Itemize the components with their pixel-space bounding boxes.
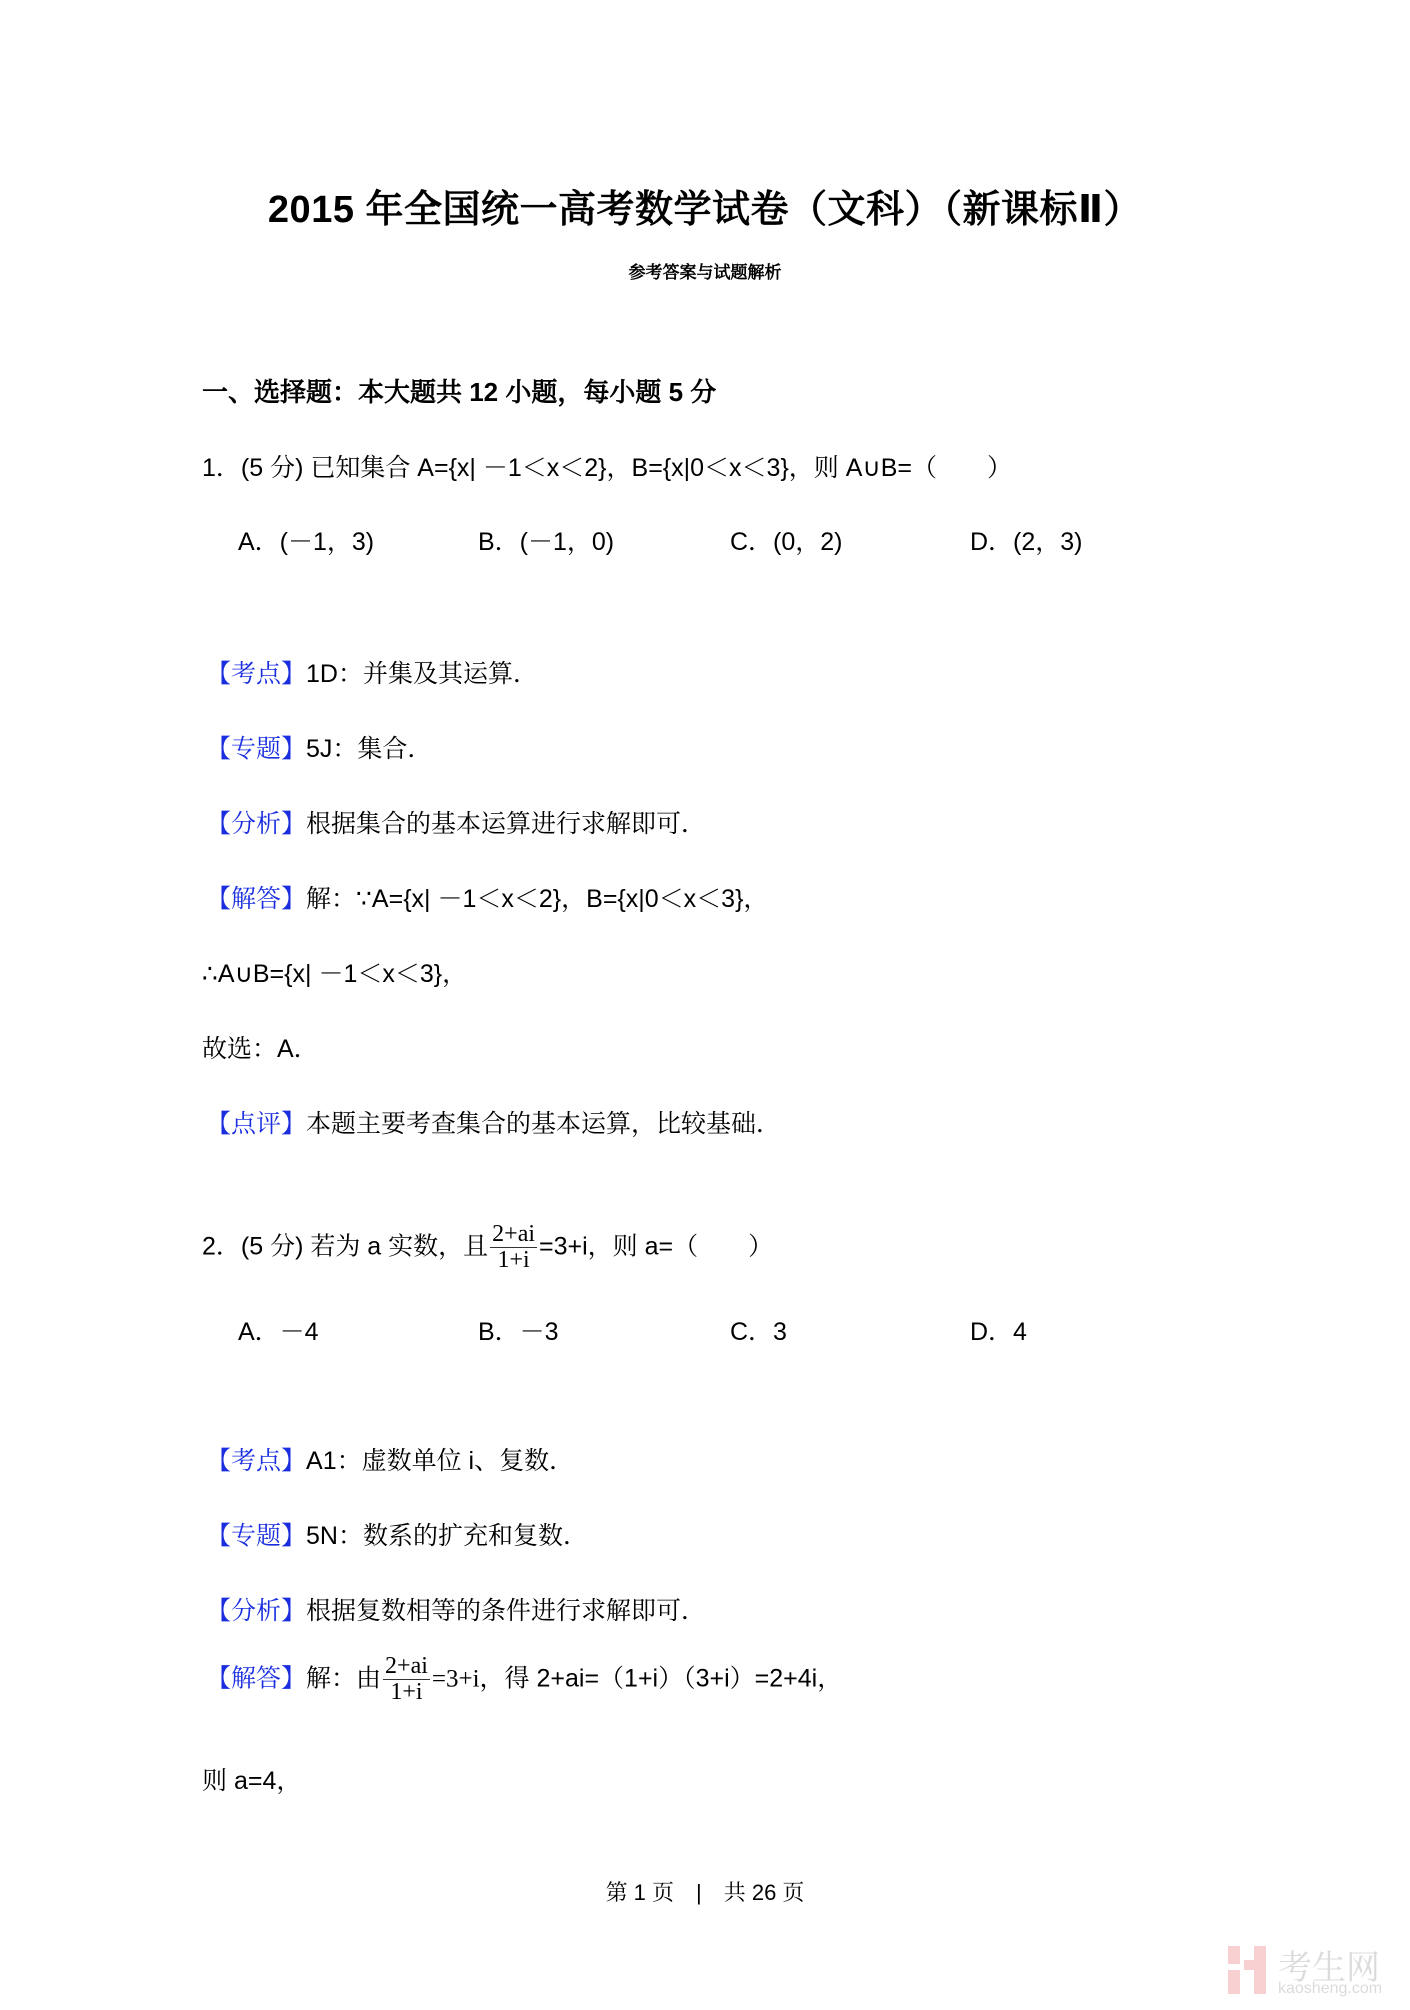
question-1-jieda: 【解答】解：∵A={x| －1＜x＜2}，B={x|0＜x＜3}， <box>206 879 768 915</box>
kaosheng-logo-icon <box>1228 1946 1266 1994</box>
jieda-text: 解：∵A={x| －1＜x＜2}，B={x|0＜x＜3}， <box>306 885 768 913</box>
watermark: 考生网 kaosheng.com <box>1228 1940 1408 2006</box>
question-2-stem: 2．(5 分) 若为 a 实数，且2+ai1+i=3+i，则 a=（ ） <box>202 1222 773 1273</box>
zhuanti-text: 5N：数系的扩充和复数． <box>306 1522 588 1550</box>
fenxi-text: 根据集合的基本运算进行求解即可． <box>306 810 706 838</box>
kaodian-tag: 【考点】 <box>206 660 306 688</box>
jieda-prefix: 解：由 <box>306 1664 381 1692</box>
question-1-option-a: A．(－1，3) <box>238 522 374 558</box>
question-1-fenxi: 【分析】根据集合的基本运算进行求解即可． <box>206 804 706 840</box>
document-title: 2015 年全国统一高考数学试卷（文科）（新课标Ⅱ） <box>0 178 1410 233</box>
section-heading: 一、选择题：本大题共 12 小题，每小题 5 分 <box>202 372 716 409</box>
question-2-jieda-line-2: 则 a=4， <box>202 1761 301 1797</box>
dianping-text: 本题主要考查集合的基本运算，比较基础． <box>306 1110 781 1138</box>
question-2-option-b: B．－3 <box>478 1312 559 1348</box>
fraction-numerator: 2+ai <box>490 1222 537 1248</box>
zhuanti-tag: 【专题】 <box>206 1522 306 1550</box>
dianping-tag: 【点评】 <box>206 1110 306 1138</box>
fenxi-tag: 【分析】 <box>206 1597 306 1625</box>
question-1-option-b: B．(－1，0) <box>478 522 614 558</box>
question-1-kaodian: 【考点】1D：并集及其运算． <box>206 654 538 690</box>
fenxi-text: 根据复数相等的条件进行求解即可． <box>306 1597 706 1625</box>
jieda-tag: 【解答】 <box>206 1664 306 1692</box>
question-2-jieda: 【解答】解：由2+ai1+i=3+i，得 2+ai=（1+i）（3+i）=2+4… <box>206 1654 842 1705</box>
kaodian-text: A1：虚数单位 i、复数． <box>306 1447 574 1475</box>
question-2-option-a: A．－4 <box>238 1312 319 1348</box>
question-1-option-d: D．(2，3) <box>970 522 1083 558</box>
question-2-stem-prefix: 2．(5 分) 若为 a 实数，且 <box>202 1232 488 1260</box>
question-1-zhuanti: 【专题】5J：集合． <box>206 729 432 765</box>
question-1-stem: 1．(5 分) 已知集合 A={x| －1＜x＜2}，B={x|0＜x＜3}，则… <box>202 448 1012 484</box>
fraction: 2+ai1+i <box>490 1222 537 1273</box>
question-1-option-c: C．(0，2) <box>730 522 843 558</box>
document-subtitle: 参考答案与试题解析 <box>0 258 1410 283</box>
jieda-suffix: ，得 2+ai=（1+i）（3+i）=2+4i， <box>480 1664 843 1692</box>
fenxi-tag: 【分析】 <box>206 810 306 838</box>
jieda-tag: 【解答】 <box>206 885 306 913</box>
watermark-en: kaosheng.com <box>1278 1980 1382 1998</box>
question-1-jieda-line-2: ∴A∪B={x| －1＜x＜3}， <box>202 954 467 990</box>
question-2-option-c: C．3 <box>730 1312 787 1348</box>
question-1-dianping: 【点评】本题主要考查集合的基本运算，比较基础． <box>206 1104 781 1140</box>
question-2-kaodian: 【考点】A1：虚数单位 i、复数． <box>206 1441 574 1477</box>
question-2-option-d: D．4 <box>970 1312 1027 1348</box>
kaodian-tag: 【考点】 <box>206 1447 306 1475</box>
fraction-numerator: 2+ai <box>383 1654 430 1680</box>
question-2-fenxi: 【分析】根据复数相等的条件进行求解即可． <box>206 1591 706 1627</box>
zhuanti-text: 5J：集合． <box>306 735 432 763</box>
question-2-stem-suffix: =3+i，则 a=（ ） <box>539 1232 773 1260</box>
fraction-denominator: 1+i <box>383 1680 430 1705</box>
fraction-denominator: 1+i <box>490 1248 537 1273</box>
question-2-zhuanti: 【专题】5N：数系的扩充和复数． <box>206 1516 588 1552</box>
fraction: 2+ai1+i <box>383 1654 430 1705</box>
page-number: 第 1 页 | 共 26 页 <box>0 1876 1410 1907</box>
kaodian-text: 1D：并集及其运算． <box>306 660 538 688</box>
zhuanti-tag: 【专题】 <box>206 735 306 763</box>
jieda-mid: =3+i <box>432 1665 480 1692</box>
question-1-jieda-line-3: 故选：A． <box>202 1029 319 1065</box>
